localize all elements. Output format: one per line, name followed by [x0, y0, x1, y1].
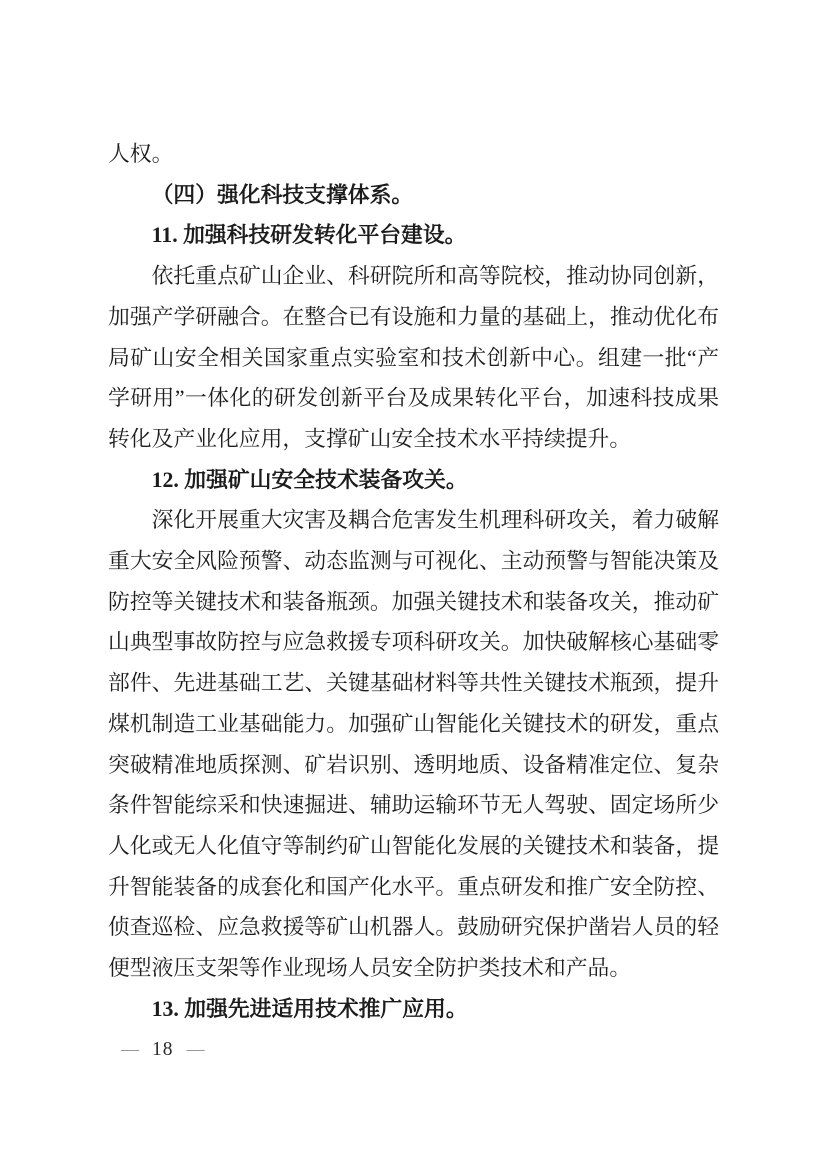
- paragraph-continuation: 人权。: [108, 134, 719, 175]
- numbered-heading-11: 11. 加强科技研发转化平台建设。: [108, 215, 719, 256]
- page-number: 18: [152, 1039, 174, 1061]
- page-footer: — 18 —: [121, 1039, 205, 1061]
- footer-dash-right: —: [187, 1039, 205, 1060]
- section-heading: （四）强化科技支撑体系。: [108, 175, 719, 216]
- numbered-heading-12: 12. 加强矿山安全技术装备攻关。: [108, 460, 719, 501]
- document-page: 人权。 （四）强化科技支撑体系。 11. 加强科技研发转化平台建设。 依托重点矿…: [0, 0, 826, 1169]
- body-paragraph: 依托重点矿山企业、科研院所和高等院校，推动协同创新，加强产学研融合。在整合已有设…: [108, 256, 719, 460]
- numbered-heading-13: 13. 加强先进适用技术推广应用。: [108, 989, 719, 1030]
- document-text-block: 人权。 （四）强化科技支撑体系。 11. 加强科技研发转化平台建设。 依托重点矿…: [108, 134, 719, 1029]
- body-paragraph: 深化开展重大灾害及耦合危害发生机理科研攻关，着力破解重大安全风险预警、动态监测与…: [108, 500, 719, 988]
- footer-dash-left: —: [121, 1039, 139, 1060]
